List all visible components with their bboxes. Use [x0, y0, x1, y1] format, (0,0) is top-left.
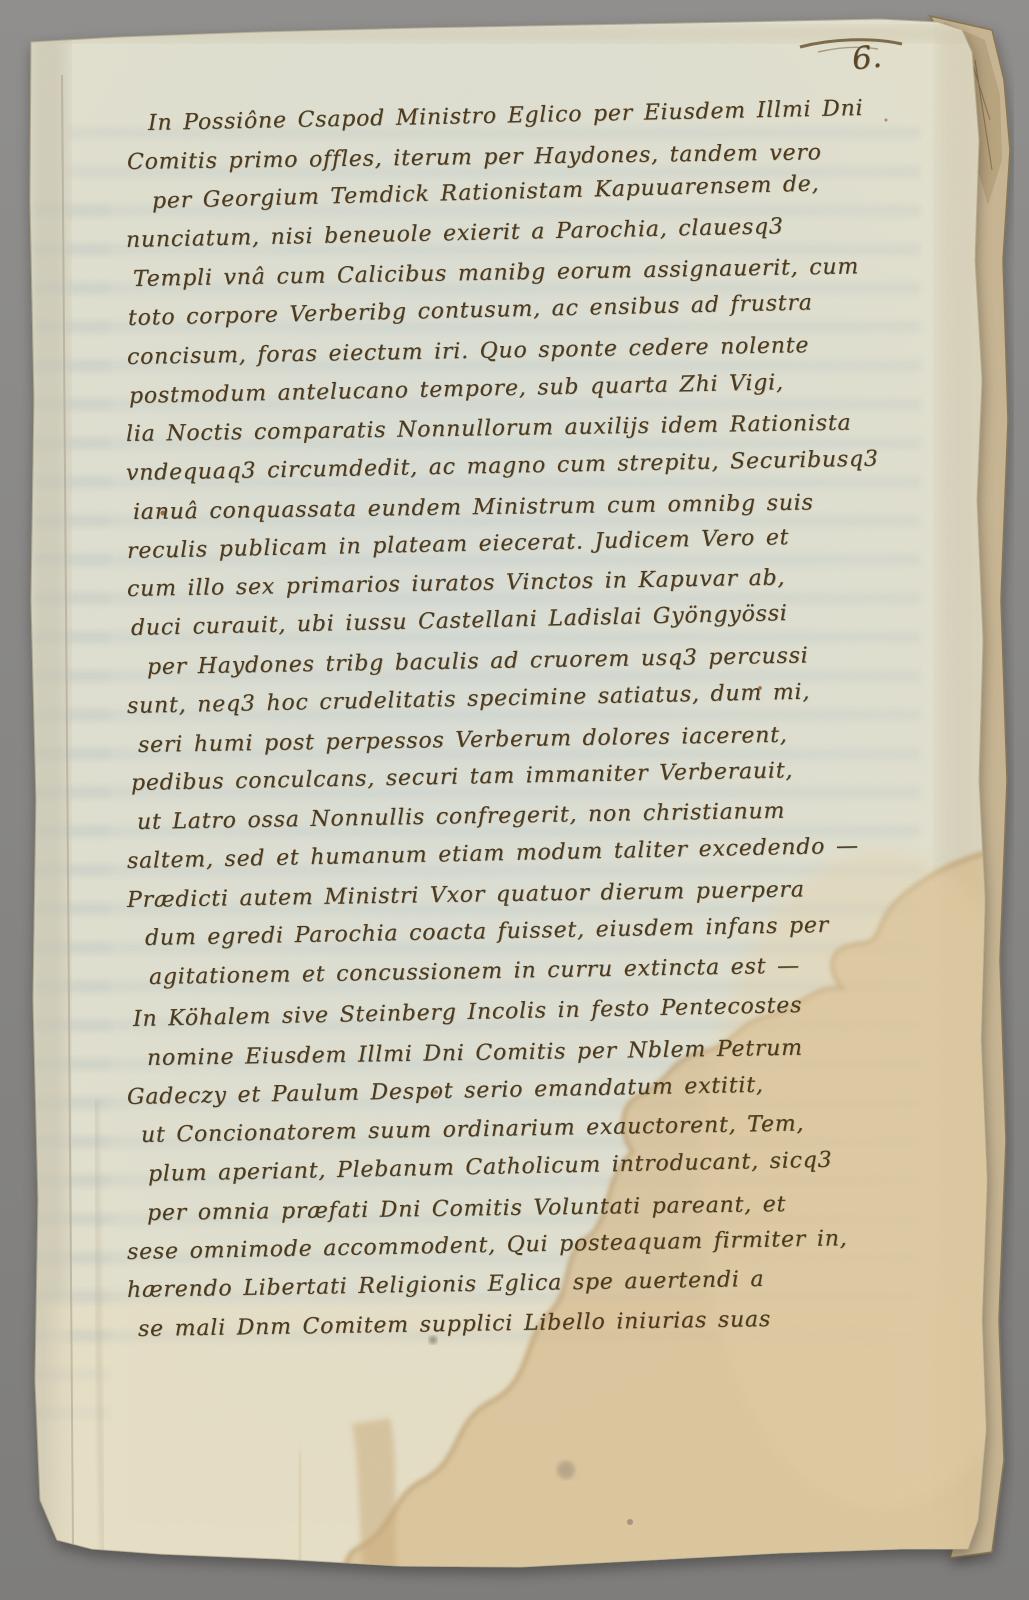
page-number: 6.	[850, 39, 883, 78]
scanned-manuscript-page: 6. In Possiône Csapod Ministro Eglico pe…	[0, 0, 1029, 1600]
manuscript-line: se mali Dnm Comitem supplici Libello ini…	[138, 1300, 772, 1350]
handwriting-layer: 6. In Possiône Csapod Ministro Eglico pe…	[0, 0, 1029, 1600]
